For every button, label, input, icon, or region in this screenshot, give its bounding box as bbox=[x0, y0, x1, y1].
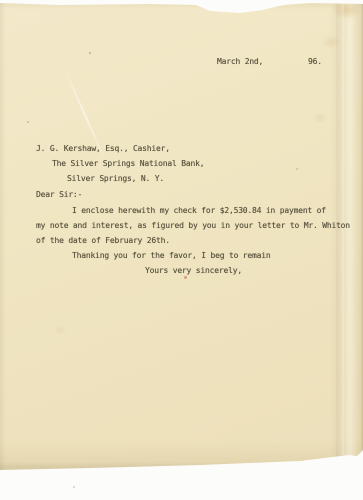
scan-speck bbox=[73, 486, 75, 488]
signoff-line: Yours very sincerely, bbox=[145, 266, 242, 275]
paper-right-fold bbox=[336, 0, 344, 462]
paper-fleck bbox=[296, 168, 298, 170]
salutation: Dear Sir:- bbox=[36, 190, 82, 199]
closing-line: Thanking you for the favor, I beg to rem… bbox=[72, 251, 271, 260]
paper-fleck bbox=[184, 276, 187, 279]
recipient-org-line: The Silver Springs National Bank, bbox=[52, 159, 204, 168]
paper-fleck bbox=[27, 121, 29, 123]
recipient-name-line: J. G. Kershaw, Esq., Cashier, bbox=[36, 144, 170, 153]
body-line: my note and interest, as figured by you … bbox=[36, 221, 350, 230]
letter-date-year: 96. bbox=[308, 57, 322, 66]
letter-paper: March 2nd, 96. J. G. Kershaw, Esq., Cash… bbox=[0, 0, 363, 500]
recipient-city-line: Silver Springs, N. Y. bbox=[67, 174, 164, 183]
body-line: I enclose herewith my check for $2,530.8… bbox=[72, 206, 326, 215]
letter-date: March 2nd, bbox=[217, 57, 263, 66]
paper-fleck bbox=[89, 52, 91, 54]
body-line: of the date of February 26th. bbox=[36, 236, 170, 245]
